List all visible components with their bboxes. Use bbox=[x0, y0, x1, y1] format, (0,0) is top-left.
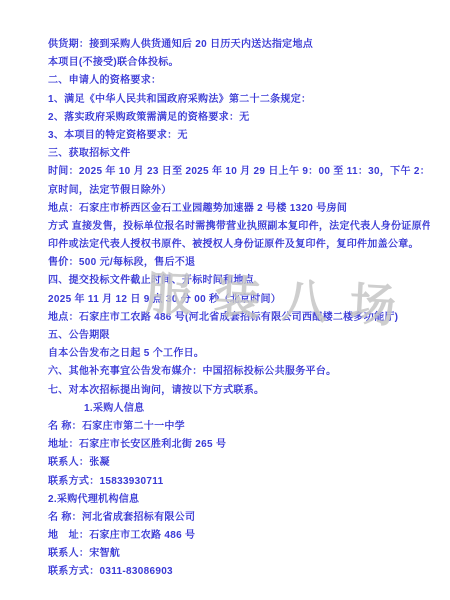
doc-line: 售价：500 元/每标段，售后不退 bbox=[48, 254, 430, 272]
doc-line: 2、落实政府采购政策需满足的资格要求：无 bbox=[48, 109, 430, 127]
doc-line: 地址：石家庄市长安区胜利北街 265 号 bbox=[48, 436, 430, 454]
doc-line: 名 称：石家庄市第二十一中学 bbox=[48, 418, 430, 436]
doc-line: 七、对本次招标提出询问，请按以下方式联系。 bbox=[48, 382, 430, 400]
doc-line: 地 址：石家庄市工农路 486 号 bbox=[48, 527, 430, 545]
doc-line: 三、获取招标文件 bbox=[48, 145, 430, 163]
doc-line: 3、本项目的特定资格要求：无 bbox=[48, 127, 430, 145]
doc-line: 1、满足《中华人民共和国政府采购法》第二十二条规定： bbox=[48, 91, 430, 109]
doc-line: 联系方式：15833930711 bbox=[48, 473, 430, 491]
doc-line: 1.采购人信息 bbox=[48, 400, 430, 418]
doc-line: 自本公告发布之日起 5 个工作日。 bbox=[48, 345, 430, 363]
doc-line: 名 称：河北省成套招标有限公司 bbox=[48, 509, 430, 527]
doc-line: 联系方式：0311-83086903 bbox=[48, 563, 430, 581]
doc-line: 六、其他补充事宜公告发布媒介：中国招标投标公共服务平台。 bbox=[48, 363, 430, 381]
doc-line: 本项目(不接受)联合体投标。 bbox=[48, 54, 430, 72]
doc-line: 京时间，法定节假日除外） bbox=[48, 182, 430, 200]
doc-line: 2025 年 11 月 12 日 9 点 30 分 00 秒（北京时间） bbox=[48, 291, 430, 309]
doc-line: 方式 直接发售，投标单位报名时需携带营业执照副本复印件，法定代表人身份证原件及复 bbox=[48, 218, 430, 236]
doc-line: 2.采购代理机构信息 bbox=[48, 491, 430, 509]
doc-line: 时间：2025 年 10 月 23 日至 2025 年 10 月 29 日上午 … bbox=[48, 163, 430, 181]
doc-line: 地点：石家庄市桥西区金石工业园趣势加速器 2 号楼 1320 号房间 bbox=[48, 200, 430, 218]
doc-line: 供货期：接到采购人供货通知后 20 日历天内送达指定地点 bbox=[48, 36, 430, 54]
doc-line: 印件或法定代表人授权书原件、被授权人身份证原件及复印件，复印件加盖公章。 bbox=[48, 236, 430, 254]
doc-line: 二、申请人的资格要求： bbox=[48, 72, 430, 90]
document-body: 供货期：接到采购人供货通知后 20 日历天内送达指定地点本项目(不接受)联合体投… bbox=[48, 36, 430, 582]
document-page: 供货期：接到采购人供货通知后 20 日历天内送达指定地点本项目(不接受)联合体投… bbox=[0, 0, 450, 600]
doc-line: 联系人：张凝 bbox=[48, 454, 430, 472]
doc-line: 地点：石家庄市工农路 486 号(河北省成套招标有限公司西配楼二楼多功能厅) bbox=[48, 309, 430, 327]
doc-line: 联系人：宋智航 bbox=[48, 545, 430, 563]
doc-line: 五、公告期限 bbox=[48, 327, 430, 345]
doc-line: 四、提交投标文件截止时间、开标时间和地点 bbox=[48, 272, 430, 290]
